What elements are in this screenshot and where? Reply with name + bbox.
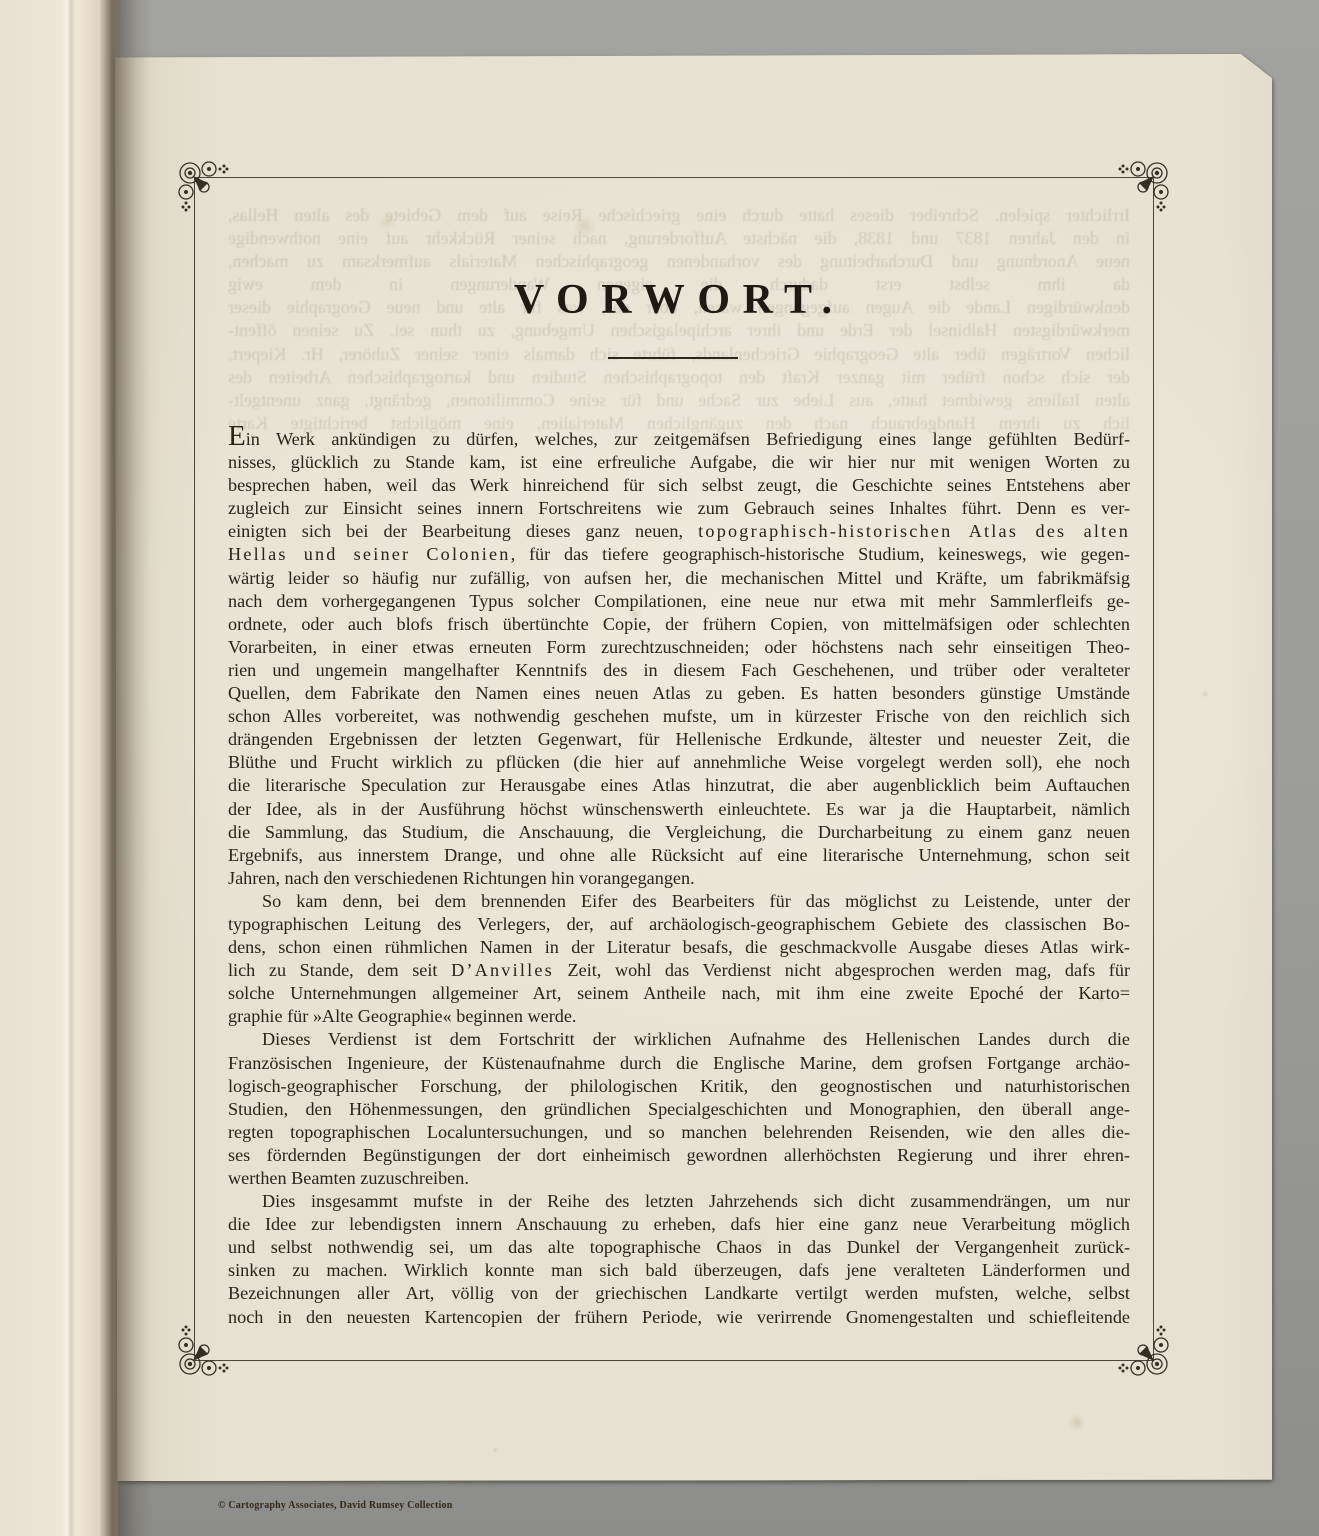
text-line: Vorarbeiten, in einer etwas erneuten For… [228, 636, 1130, 659]
paragraph: So kam denn, bei dem brennenden Eifer de… [228, 890, 1130, 1029]
text-line: und selbst nothwendig sei, um das alte t… [228, 1236, 1130, 1259]
text-line: zugleich zur Einsicht seines innern Fort… [228, 497, 1130, 520]
text-line: Jahren, nach den verschiedenen Richtunge… [228, 867, 1130, 890]
copyright-notice: © Cartography Associates, David Rumsey C… [218, 1500, 452, 1511]
text-line: Bezeichnungen aller Art, völlig von der … [228, 1282, 1130, 1305]
text-line: Quellen, dem Fabrikate den Namen eines n… [228, 682, 1130, 705]
text-line: solche Unternehmungen allgemeiner Art, s… [228, 982, 1130, 1005]
text-line: dens, schon einen rühmlichen Namen in de… [228, 936, 1130, 959]
text-line: besprechen haben, weil das Werk hinreich… [228, 474, 1130, 497]
text-line: Dieses Verdienst ist dem Fortschritt der… [228, 1028, 1130, 1051]
text-line: logisch-geographischer Forschung, der ph… [228, 1075, 1130, 1098]
text-line: So kam denn, bei dem brennenden Eifer de… [228, 890, 1130, 913]
corner-ornament-top-left-icon [171, 154, 231, 214]
text-line: rien und ungemein mangelhafter Kenntnifs… [228, 659, 1130, 682]
text-line: Blüthe und Frucht wirklich zu pflücken (… [228, 751, 1130, 774]
text-line: der Idee, als in der Ausführung höchst w… [228, 798, 1130, 821]
text-line: nach dem vorhergegangenen Typus solcher … [228, 590, 1130, 613]
page: Irrlichter spielen. Schreiber dieses hat… [115, 54, 1272, 1481]
text-line: nisses, glücklich zu Stande kam, ist ein… [228, 451, 1130, 474]
text-line: die literarische Speculation zur Herausg… [228, 774, 1130, 797]
text-line: Ergebnifs, aus innerstem Drange, und ohn… [228, 844, 1130, 867]
text-line: Ein Werk ankündigen zu dürfen, welches, … [228, 428, 1130, 451]
book-scan: Irrlichter spielen. Schreiber dieses hat… [0, 0, 1319, 1536]
text-line: schon Alles vorbereitet, was nothwendig … [228, 705, 1130, 728]
corner-ornament-bottom-left-icon [171, 1323, 231, 1383]
text-line: noch in den neuesten Kartencopien der fr… [228, 1306, 1130, 1329]
paragraph: Dies insgesammt mufste in der Reihe des … [228, 1190, 1130, 1329]
text-line: typographischen Leitung des Verlegers, d… [228, 913, 1130, 936]
title-rule [608, 357, 738, 359]
paragraph: Dieses Verdienst ist dem Fortschritt der… [228, 1028, 1130, 1190]
corner-ornament-top-right-icon [1116, 154, 1176, 214]
text-line: Französischen Ingenieure, der Küstenaufn… [228, 1052, 1130, 1075]
page-title: VORWORT. [194, 276, 1152, 324]
text-line: wärtig leider so häufig nur zufällig, vo… [228, 567, 1130, 590]
text-line: ses fördernden Begünstigungen der dort e… [228, 1144, 1130, 1167]
text-line: regten topographischen Localuntersuchung… [228, 1121, 1130, 1144]
text-line: drängenden Ergebnissen der letzten Gegen… [228, 728, 1130, 751]
text-line: Hellas und seiner Colonien, für das tief… [228, 543, 1130, 566]
text-line: Studien, den Höhenmessungen, den gründli… [228, 1098, 1130, 1121]
text-line: Dies insgesammt mufste in der Reihe des … [228, 1190, 1130, 1213]
text-line: einigten sich bei der Bearbeitung dieses… [228, 520, 1130, 543]
gutter-shadow [98, 0, 152, 1536]
text-line: ordnete, oder auch blofs frisch übertünc… [228, 613, 1130, 636]
text-line: die Idee zur lebendigsten innern Anschau… [228, 1213, 1130, 1236]
text-line: sinken zu machen. Wirklich konnte man si… [228, 1259, 1130, 1282]
text-line: die Sammlung, das Studium, die Anschauun… [228, 821, 1130, 844]
corner-ornament-bottom-right-icon [1116, 1323, 1176, 1383]
paragraph: Ein Werk ankündigen zu dürfen, welches, … [228, 428, 1130, 890]
text-line: werthen Beamten zuzuschreiben. [228, 1167, 1130, 1190]
text-line: lich zu Stande, dem seit D’Anvilles Zeit… [228, 959, 1130, 982]
preface-body: Ein Werk ankündigen zu dürfen, welches, … [228, 428, 1130, 1329]
text-line: graphie für »Alte Geographie« beginnen w… [228, 1005, 1130, 1028]
